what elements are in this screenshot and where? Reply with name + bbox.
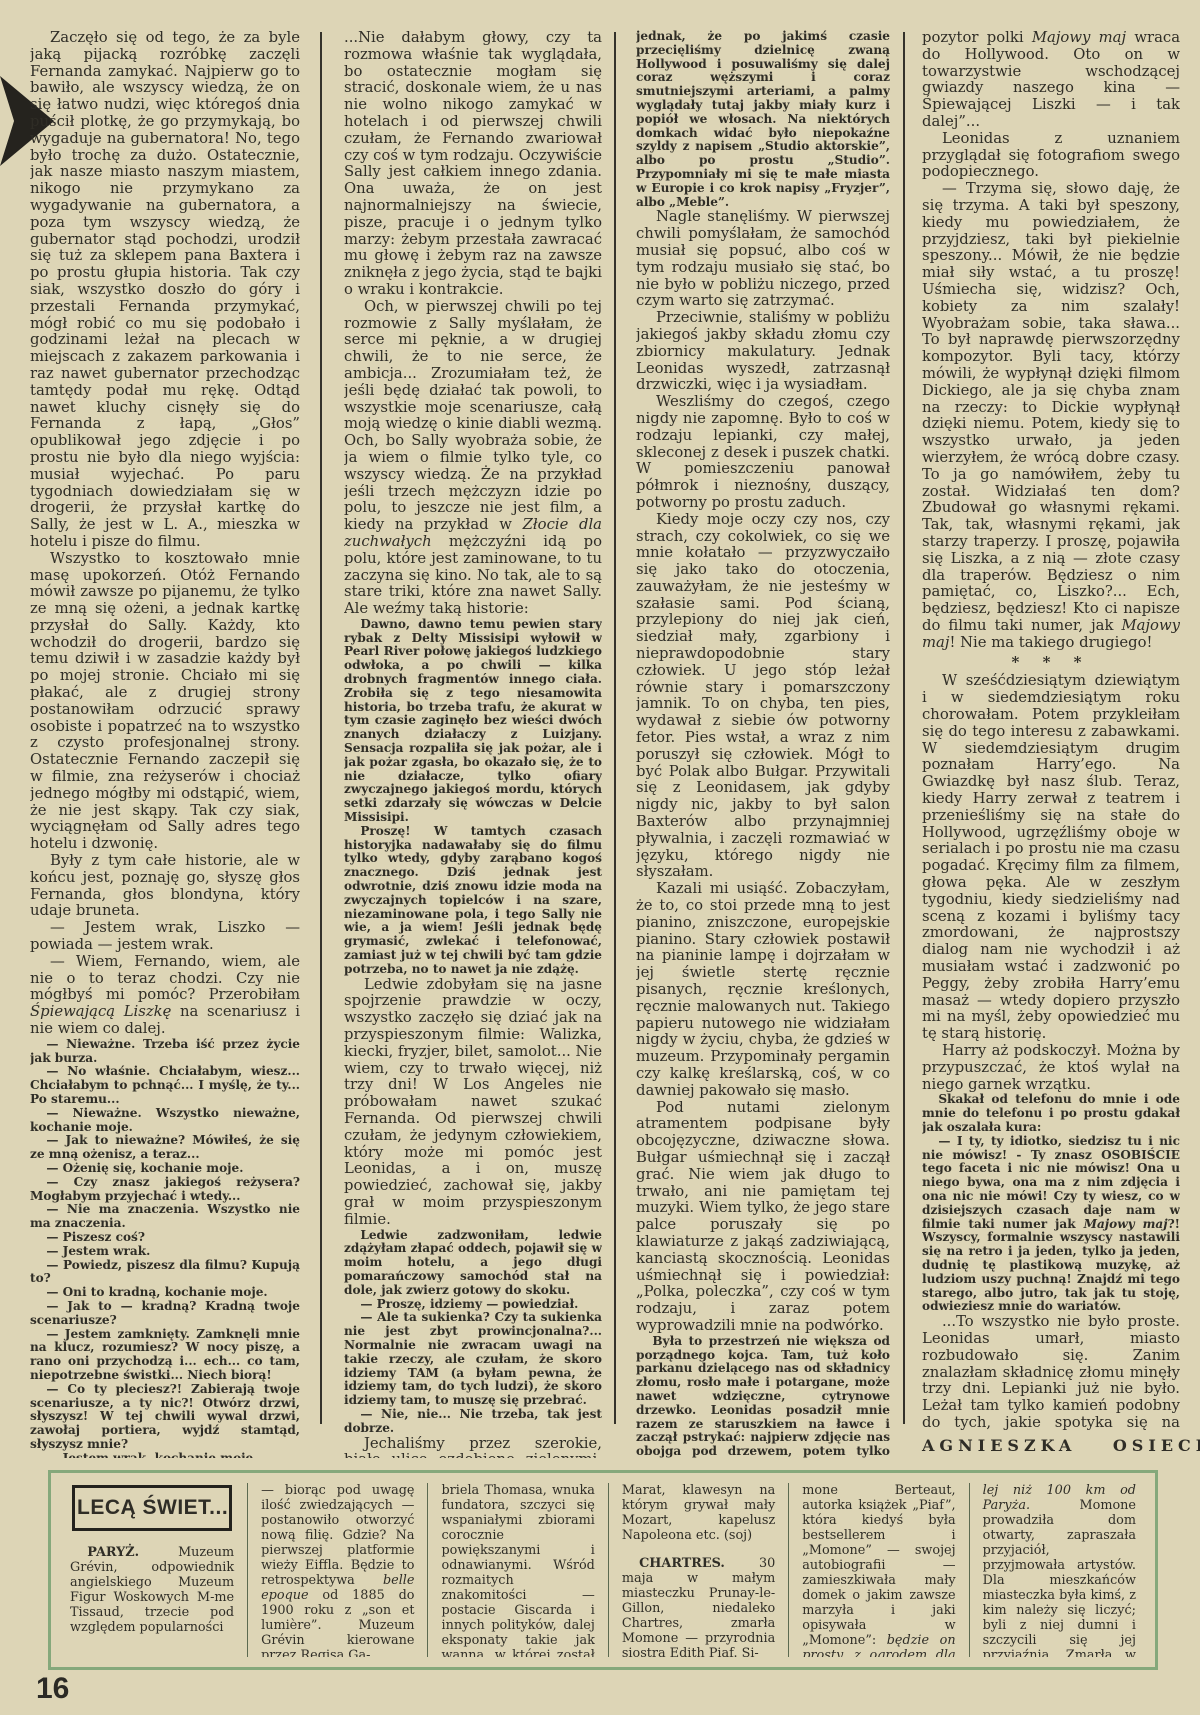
paragraph: — Ale ta sukienka? Czy ta sukienka nie j… — [344, 1311, 602, 1408]
column-divider — [903, 32, 905, 1424]
paragraph: — Piszesz coś? — [30, 1231, 300, 1245]
paragraph: ...To wszystko nie było proste. Leonidas… — [922, 1314, 1180, 1430]
paragraph: — Powiedz, piszesz dla filmu? Kupują to? — [30, 1259, 300, 1287]
news-column-4: Marat, klawesyn na którym grywał mały Mo… — [608, 1483, 788, 1657]
paragraph: — Nieważne. Trzeba iść przez życie jak b… — [30, 1038, 300, 1066]
paragraph: Kiedy moje oczy czy nos, czy strach, czy… — [636, 512, 890, 882]
paragraph: — Wiem, Fernando, wiem, ale nie o to ter… — [30, 954, 300, 1038]
paragraph: — Nie, nie... Nie trzeba, tak jest dobrz… — [344, 1408, 602, 1436]
paragraph: Marat, klawesyn na którym grywał mały Mo… — [622, 1483, 775, 1543]
magazine-page: Zaczęło się od tego, że za byle jaką pij… — [0, 0, 1200, 1715]
paragraph: * * * — [922, 651, 1180, 673]
paragraph: — biorąc pod uwagę ilość zwiedzających —… — [261, 1483, 414, 1657]
column-divider — [320, 32, 322, 1424]
paragraph: — Jestem wrak. — [30, 1245, 300, 1259]
paragraph: Dawno, dawno temu pewien stary rybak z D… — [344, 618, 602, 825]
paragraph: — Jak to nieważne? Mówiłeś, że się ze mn… — [30, 1134, 300, 1162]
paragraph: Weszliśmy do czegoś, czego nigdy nie zap… — [636, 394, 890, 512]
news-box-logo-text: LECĄ ŚWIET... — [77, 1496, 228, 1519]
news-column-1: LECĄ ŚWIET... PARYŻ. Muzeum Grévin, odpo… — [57, 1483, 247, 1657]
paragraph: pozytor polki Majowy maj wraca do Hollyw… — [922, 30, 1180, 131]
paragraph: CHARTRES. 30 maja w małym miasteczku Pru… — [622, 1556, 775, 1657]
paragraph: — Jestem wrak, Liszko — powiada — jestem… — [30, 920, 300, 954]
paragraph: — I ty, ty idiotko, siedzisz tu i nic ni… — [922, 1135, 1180, 1314]
paragraph: Ledwie zadzwoniłam, ledwie zdążyłam złap… — [344, 1229, 602, 1298]
paragraph: — Czy znasz jakiegoś reżysera? Mogłabym … — [30, 1176, 300, 1204]
paragraph: Były z tym całe historie, ale w końcu je… — [30, 853, 300, 920]
news-column-2: — biorąc pod uwagę ilość zwiedzających —… — [247, 1483, 427, 1657]
paragraph: — Trzyma się, słowo daję, że się trzyma.… — [922, 181, 1180, 651]
paragraph: Pod nutami zielonym atramentem podpisane… — [636, 1100, 890, 1335]
paragraph: Harry aż podskoczył. Można by przypuszcz… — [922, 1043, 1180, 1093]
paragraph: lej niż 100 km od Paryża. Momone prowadz… — [983, 1483, 1136, 1657]
paragraph: briela Thomasa, wnuka fundatora, szczyci… — [441, 1483, 594, 1657]
paragraph: Jechaliśmy przez szerokie, białe ulice o… — [344, 1436, 602, 1458]
column-divider — [614, 32, 616, 1424]
paragraph: — No właśnie. Chciałabym, wiesz... Chcia… — [30, 1065, 300, 1106]
paragraph: Proszę! W tamtych czasach historyjka nad… — [344, 825, 602, 977]
paragraph: — Co ty pleciesz?! Zabierają twoje scena… — [30, 1383, 300, 1452]
news-column-5: mone Berteaut, autorka książek „Piaf”, k… — [788, 1483, 968, 1657]
paragraph: Zaczęło się od tego, że za byle jaką pij… — [30, 30, 300, 551]
paragraph: Och, w pierwszej chwili po tej rozmowie … — [344, 299, 602, 618]
paragraph: Wszystko to kosztowało mnie masę upokorz… — [30, 551, 300, 853]
paragraph: mone Berteaut, autorka książek „Piaf”, k… — [802, 1483, 955, 1657]
news-box-logo: LECĄ ŚWIET... — [72, 1485, 232, 1531]
news-column-1-text: PARYŻ. Muzeum Grévin, odpowiednik angiel… — [70, 1545, 234, 1635]
article-byline: AGNIESZKA OSIECKA — [922, 1436, 1180, 1455]
paragraph: — Oni to kradną, kochanie moje. — [30, 1286, 300, 1300]
article-column-2: ...Nie dałabym głowy, czy ta rozmowa wła… — [344, 30, 602, 1458]
paragraph: Leonidas z uznaniem przyglądał się fotog… — [922, 131, 1180, 181]
paragraph: PARYŻ. Muzeum Grévin, odpowiednik angiel… — [70, 1545, 234, 1635]
article-column-4: pozytor polki Majowy maj wraca do Hollyw… — [922, 30, 1180, 1430]
paragraph: — Jestem wrak, kochanie moje. — [30, 1452, 300, 1458]
page-number: 16 — [36, 1672, 69, 1706]
paragraph: Przeciwnie, staliśmy w pobliżu jakiegoś … — [636, 310, 890, 394]
paragraph: Kazali mi usiąść. Zobaczyłam, że to, co … — [636, 881, 890, 1099]
news-column-6: lej niż 100 km od Paryża. Momone prowadz… — [969, 1483, 1149, 1657]
paragraph: — Proszę, idziemy — powiedział. — [344, 1298, 602, 1312]
paragraph: Była to przestrzeń nie większa od porząd… — [636, 1335, 890, 1458]
paragraph: — Nieważne. Wszystko nieważne, kochanie … — [30, 1107, 300, 1135]
news-box: LECĄ ŚWIET... PARYŻ. Muzeum Grévin, odpo… — [48, 1470, 1158, 1670]
article-column-1: Zaczęło się od tego, że za byle jaką pij… — [30, 30, 300, 1458]
paragraph: — Jestem zamknięty. Zamknęli mnie na klu… — [30, 1328, 300, 1383]
paragraph: Nagle stanęliśmy. W pierwszej chwili pom… — [636, 209, 890, 310]
paragraph: ...Nie dałabym głowy, czy ta rozmowa wła… — [344, 30, 602, 299]
paragraph: Ledwie zdobyłam się na jasne spojrzenie … — [344, 977, 602, 1229]
paragraph: — Jak to — kradną? Kradną twoje scenariu… — [30, 1300, 300, 1328]
paragraph: jednak, że po jakimś czasie przecięliśmy… — [636, 30, 890, 209]
paragraph: W sześćdziesiątym dziewiątym i w siedemd… — [922, 673, 1180, 1043]
paragraph: — Nie ma znaczenia. Wszystko nie ma znac… — [30, 1203, 300, 1231]
paragraph: — Ożenię się, kochanie moje. — [30, 1162, 300, 1176]
article-column-3: jednak, że po jakimś czasie przecięliśmy… — [636, 30, 890, 1458]
paragraph: Skakał od telefonu do mnie i ode mnie do… — [922, 1093, 1180, 1134]
news-column-3: briela Thomasa, wnuka fundatora, szczyci… — [427, 1483, 607, 1657]
